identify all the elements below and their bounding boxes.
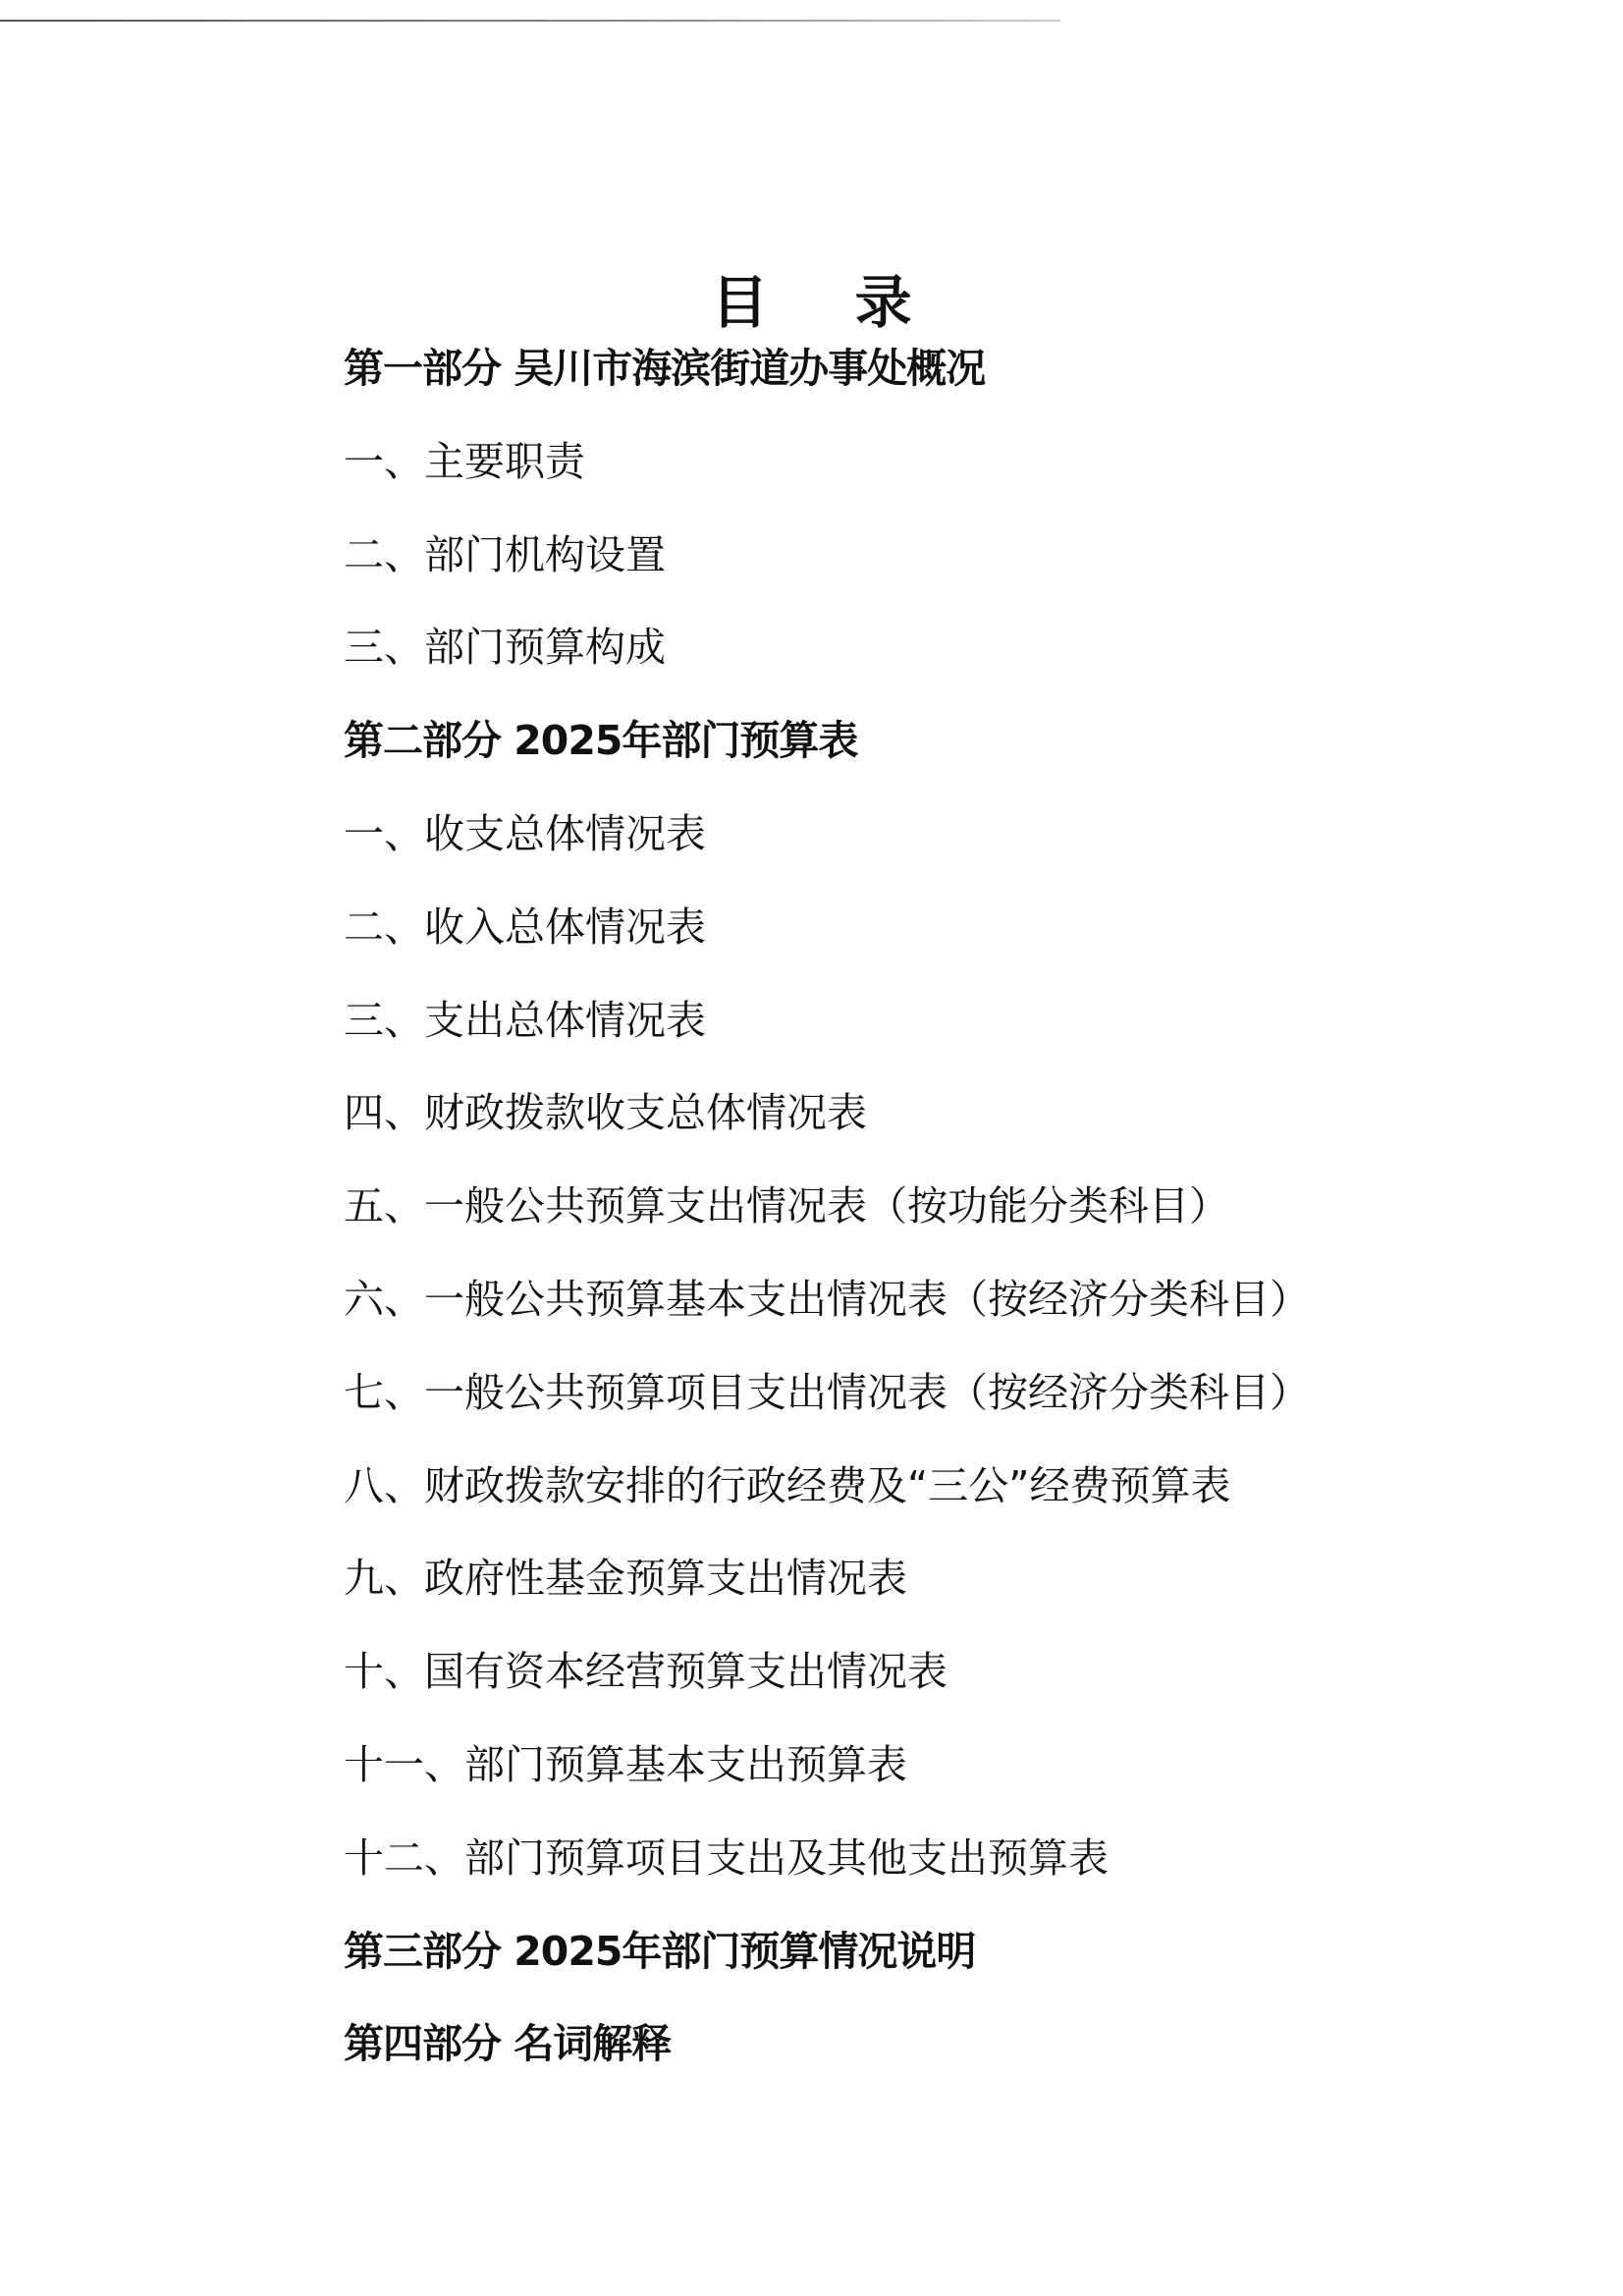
toc-item: 三、支出总体情况表	[344, 996, 1522, 1089]
toc-item: 二、收入总体情况表	[344, 902, 1522, 996]
toc-item: 八、财政拨款安排的行政经费及“三公”经费预算表	[344, 1461, 1522, 1555]
scan-edge-line	[0, 20, 1060, 22]
page-title: 目 录	[0, 256, 1623, 339]
toc-item: 七、一般公共预算项目支出情况表（按经济分类科目）	[344, 1368, 1522, 1461]
toc-item: 十二、部门预算项目支出及其他支出预算表	[344, 1833, 1522, 1927]
toc-item: 四、财政拨款收支总体情况表	[344, 1088, 1522, 1181]
toc-item: 十、国有资本经营预算支出情况表	[344, 1647, 1522, 1740]
toc-item: 五、一般公共预算支出情况表（按功能分类科目）	[344, 1181, 1522, 1275]
toc-part-2: 第二部分 2025年部门预算表	[344, 716, 1522, 809]
toc-item: 一、主要职责	[344, 437, 1522, 530]
toc-part-1: 第一部分 吴川市海滨街道办事处概况	[344, 344, 1522, 437]
toc-item: 一、收支总体情况表	[344, 809, 1522, 902]
toc-part-3: 第三部分 2025年部门预算情况说明	[344, 1927, 1522, 2020]
toc-item: 三、部门预算构成	[344, 623, 1522, 716]
toc-item: 十一、部门预算基本支出预算表	[344, 1740, 1522, 1833]
toc-part-4: 第四部分 名词解释	[344, 2019, 1522, 2112]
table-of-contents: 第一部分 吴川市海滨街道办事处概况 一、主要职责 二、部门机构设置 三、部门预算…	[344, 344, 1522, 2112]
toc-item: 六、一般公共预算基本支出情况表（按经济分类科目）	[344, 1275, 1522, 1368]
toc-item: 九、政府性基金预算支出情况表	[344, 1554, 1522, 1647]
toc-item: 二、部门机构设置	[344, 530, 1522, 624]
